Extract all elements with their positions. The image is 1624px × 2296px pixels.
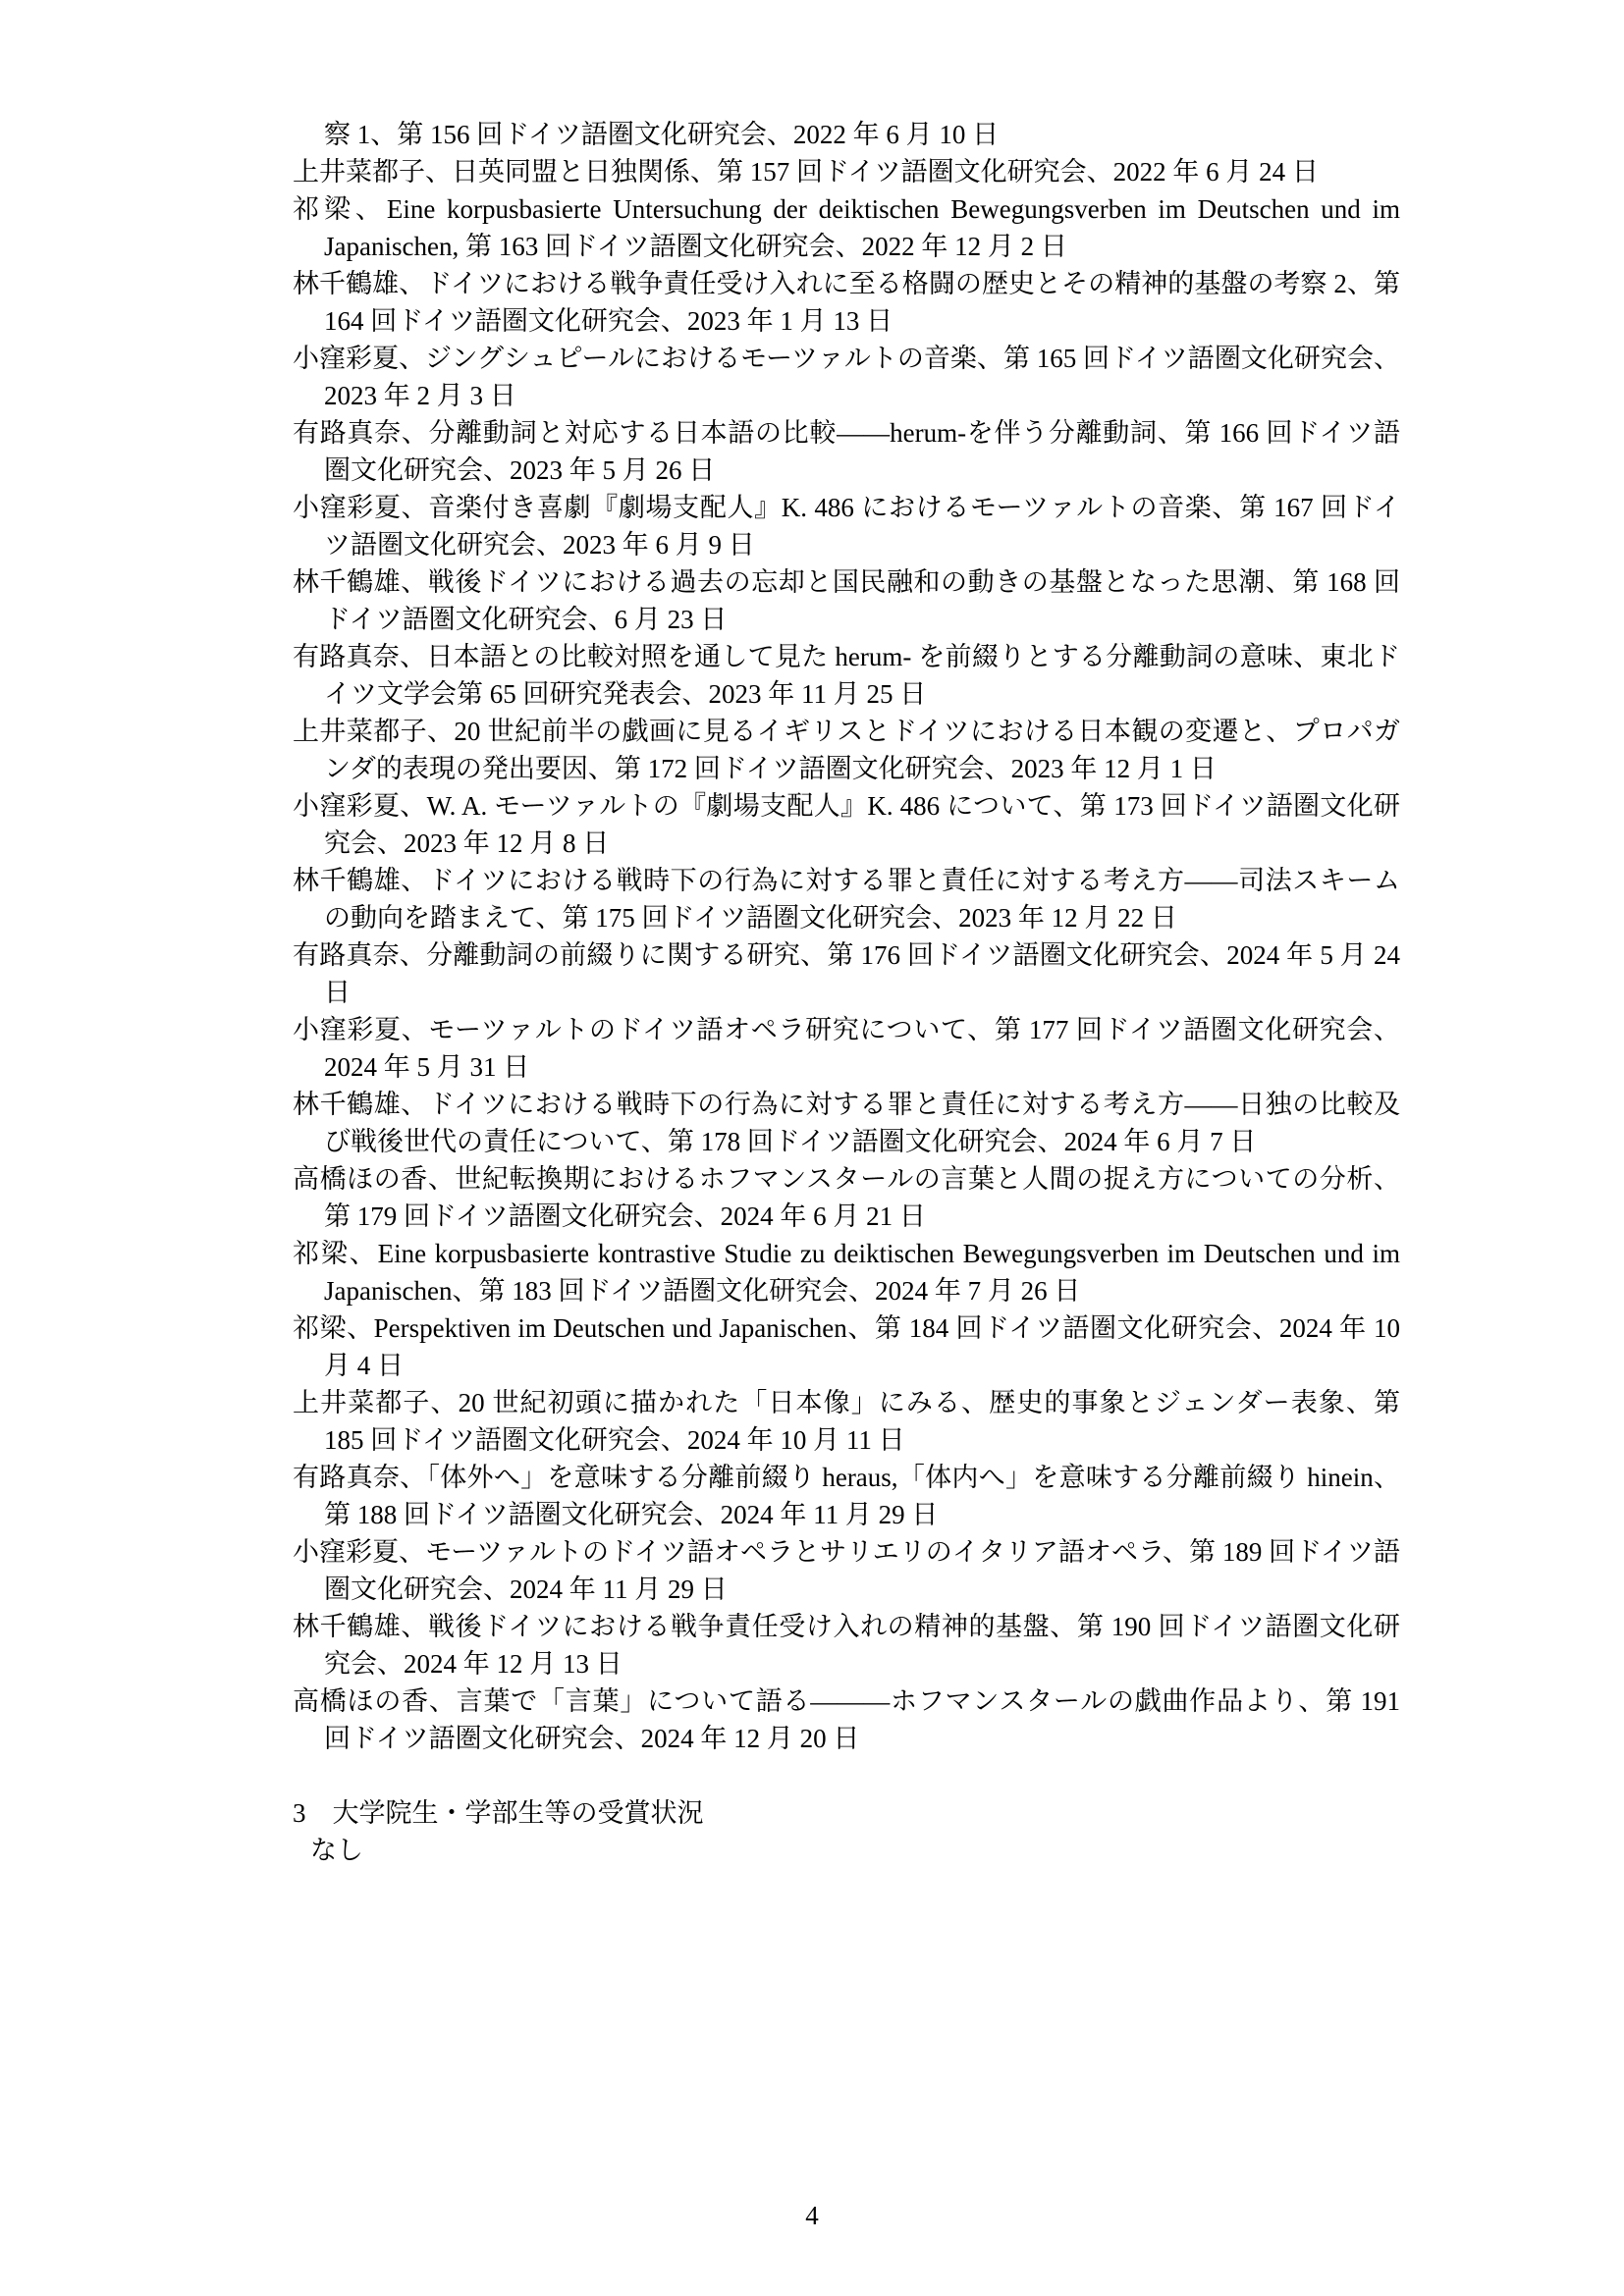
list-item: 有路真奈、「体外へ」を意味する分離前綴り heraus,「体内へ」を意味する分離… (293, 1459, 1400, 1533)
section-spacer (293, 1757, 1400, 1794)
list-item: 林千鶴雄、戦後ドイツにおける過去の忘却と国民融和の動きの基盤となった思潮、第 1… (293, 563, 1400, 638)
section-body: なし (293, 1832, 1400, 1869)
section-heading: 3 大学院生・学部生等の受賞状況 (293, 1794, 1400, 1832)
presentation-list: 上井菜都子、日英同盟と日独関係、第 157 回ドイツ語圏文化研究会、2022 年… (293, 153, 1400, 1757)
list-item: 祁梁、Eine korpusbasierte kontrastive Studi… (293, 1235, 1400, 1309)
list-item: 上井菜都子、20 世紀前半の戯画に見るイギリスとドイツにおける日本観の変遷と、プ… (293, 713, 1400, 787)
page-number: 4 (0, 2197, 1624, 2234)
list-item: 高橋ほの香、世紀転換期におけるホフマンスタールの言葉と人間の捉え方についての分析… (293, 1160, 1400, 1235)
list-item: 有路真奈、分離動詞の前綴りに関する研究、第 176 回ドイツ語圏文化研究会、20… (293, 936, 1400, 1011)
list-item: 小窪彩夏、モーツァルトのドイツ語オペラ研究について、第 177 回ドイツ語圏文化… (293, 1011, 1400, 1086)
list-item: 高橋ほの香、言葉で「言葉」について語る―――ホフマンスタールの戯曲作品より、第 … (293, 1682, 1400, 1757)
list-item: 上井菜都子、日英同盟と日独関係、第 157 回ドイツ語圏文化研究会、2022 年… (293, 153, 1400, 190)
list-item: 小窪彩夏、W. A. モーツァルトの『劇場支配人』K. 486 について、第 1… (293, 787, 1400, 862)
list-item: 祁梁、Perspektiven im Deutschen und Japanis… (293, 1309, 1400, 1384)
list-item: 有路真奈、日本語との比較対照を通して見た herum- を前綴りとする分離動詞の… (293, 638, 1400, 713)
list-item: 小窪彩夏、ジングシュピールにおけるモーツァルトの音楽、第 165 回ドイツ語圏文… (293, 340, 1400, 414)
list-item: 有路真奈、分離動詞と対応する日本語の比較――herum-を伴う分離動詞、第 16… (293, 414, 1400, 489)
document-page: 察 1、第 156 回ドイツ語圏文化研究会、2022 年 6 月 10 日 上井… (293, 116, 1400, 1869)
list-item: 小窪彩夏、音楽付き喜劇『劇場支配人』K. 486 におけるモーツァルトの音楽、第… (293, 489, 1400, 563)
list-item: 林千鶴雄、戦後ドイツにおける戦争責任受け入れの精神的基盤、第 190 回ドイツ語… (293, 1608, 1400, 1682)
list-item: 林千鶴雄、ドイツにおける戦争責任受け入れに至る格闘の歴史とその精神的基盤の考察 … (293, 265, 1400, 340)
list-item: 小窪彩夏、モーツァルトのドイツ語オペラとサリエリのイタリア語オペラ、第 189 … (293, 1533, 1400, 1608)
entry-continuation: 察 1、第 156 回ドイツ語圏文化研究会、2022 年 6 月 10 日 (293, 116, 1400, 153)
list-item: 林千鶴雄、ドイツにおける戦時下の行為に対する罪と責任に対する考え方――司法スキー… (293, 862, 1400, 936)
list-item: 林千鶴雄、ドイツにおける戦時下の行為に対する罪と責任に対する考え方――日独の比較… (293, 1086, 1400, 1160)
list-item: 祁梁、Eine korpusbasierte Untersuchung der … (293, 190, 1400, 265)
list-item: 上井菜都子、20 世紀初頭に描かれた「日本像」にみる、歴史的事象とジェンダー表象… (293, 1384, 1400, 1459)
